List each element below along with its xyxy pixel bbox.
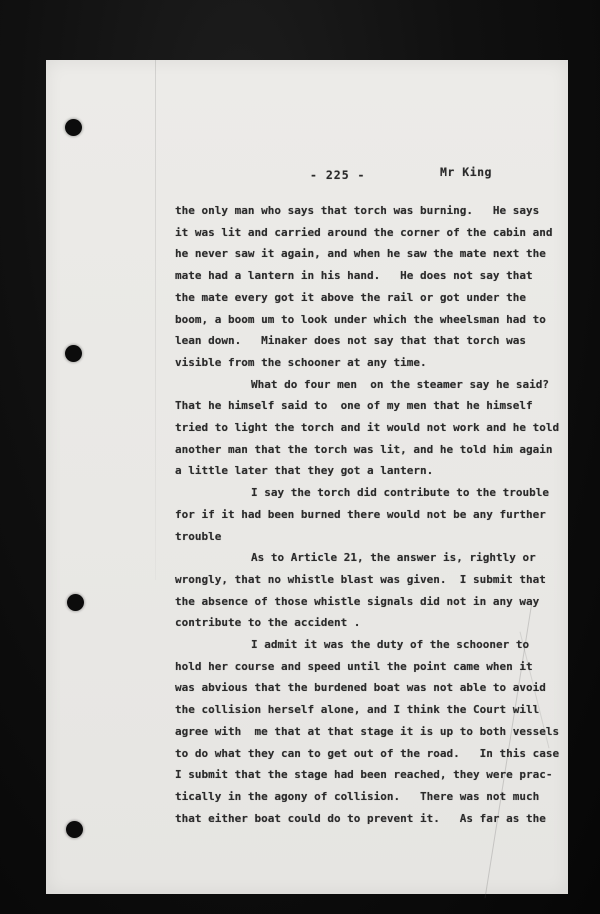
text-line: the collision herself alone, and I think… [175,699,567,721]
text-line: I admit it was the duty of the schooner … [175,634,567,656]
text-line: to do what they can to get out of the ro… [175,743,567,765]
punch-hole [67,594,84,611]
text-line: boom, a boom um to look under which the … [175,309,567,331]
text-line: What do four men on the steamer say he s… [175,374,567,396]
text-line: he never saw it again, and when he saw t… [175,243,567,265]
text-line: a little later that they got a lantern. [175,460,567,482]
text-line: visible from the schooner at any time. [175,352,567,374]
page-number: - 225 - [310,168,365,182]
text-line: That he himself said to one of my men th… [175,395,567,417]
scanned-photo-background: - 225 - Mr King the only man who says th… [0,0,600,914]
text-line: I submit that the stage had been reached… [175,764,567,786]
text-line: tically in the agony of collision. There… [175,786,567,808]
text-line: the absence of those whistle signals did… [175,591,567,613]
text-line: for if it had been burned there would no… [175,504,567,526]
text-line: wrongly, that no whistle blast was given… [175,569,567,591]
document-page: - 225 - Mr King the only man who says th… [46,60,568,894]
text-line: I say the torch did contribute to the tr… [175,482,567,504]
punch-hole [66,821,83,838]
text-line: As to Article 21, the answer is, rightly… [175,547,567,569]
text-line: contribute to the accident . [175,612,567,634]
text-line: it was lit and carried around the corner… [175,222,567,244]
text-line: the only man who says that torch was bur… [175,200,567,222]
text-line: tried to light the torch and it would no… [175,417,567,439]
paper-crease-left [155,60,156,580]
text-line: mate had a lantern in his hand. He does … [175,265,567,287]
speaker-header: Mr King [440,165,492,179]
text-line: trouble [175,526,567,548]
punch-hole [65,345,82,362]
transcript-body: the only man who says that torch was bur… [175,200,567,829]
text-line: the mate every got it above the rail or … [175,287,567,309]
punch-hole [65,119,82,136]
text-line: agree with me that at that stage it is u… [175,721,567,743]
text-line: lean down. Minaker does not say that tha… [175,330,567,352]
text-line: another man that the torch was lit, and … [175,439,567,461]
text-line: hold her course and speed until the poin… [175,656,567,678]
text-line: was abvious that the burdened boat was n… [175,677,567,699]
text-line: that either boat could do to prevent it.… [175,808,567,830]
